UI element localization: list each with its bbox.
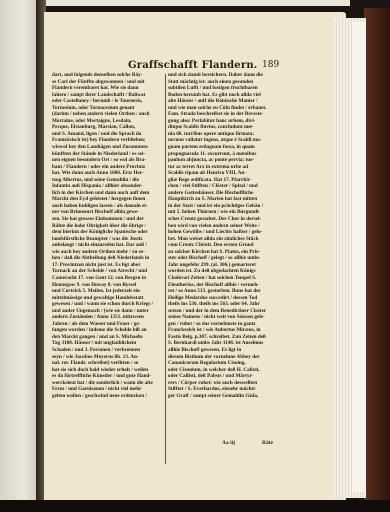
text-line: ger Graff / sampt seiner Gemahlin Gisla, <box>168 393 284 400</box>
column-divider-rule <box>165 74 166 464</box>
catchword: Räte <box>262 440 273 446</box>
text-line: es da fürtreffliche Künstler / und gute … <box>52 373 168 380</box>
running-head: Graffschafft Flandern. <box>128 60 258 71</box>
scanner-top-edge <box>40 0 350 6</box>
book-cover-edge <box>364 8 390 503</box>
page-fore-edge-inner <box>352 22 366 492</box>
signature-mark: Aa iij <box>222 440 235 446</box>
scan-background <box>0 500 390 512</box>
right-text-column: und sich damit bereichern. Daher dann di… <box>168 72 284 399</box>
text-line: gewesen / und / wann sie schon durch Kri… <box>52 301 168 308</box>
left-text-column: dart, und folgends denselben solche Räy-… <box>52 72 168 399</box>
facing-page-edge <box>0 0 40 512</box>
text-line: gelten wollen / geschwind neue erdencken… <box>52 393 168 400</box>
page-number: 189 <box>262 60 279 70</box>
